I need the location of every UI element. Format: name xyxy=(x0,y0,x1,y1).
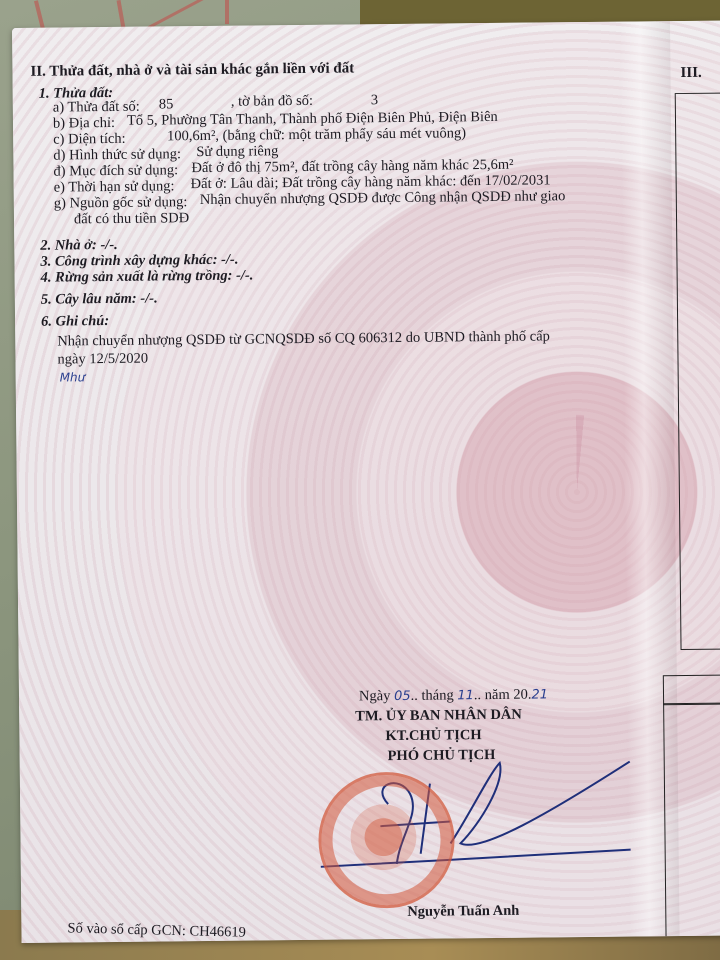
perennial-trees-item: 5. Cây lâu năm: -/-. xyxy=(41,290,158,308)
section-title: II. Thửa đất, nhà ở và tài sản khác gắn … xyxy=(30,60,354,80)
land-certificate-page: II. Thửa đất, nhà ở và tài sản khác gắn … xyxy=(12,20,720,943)
next-section-title: III. xyxy=(680,65,701,82)
notes-heading: 6. Ghi chú: xyxy=(41,313,109,331)
map-sheet-label: , tờ bản đồ số: xyxy=(231,93,313,111)
notes-line2: ngày 12/5/2020 xyxy=(57,351,148,369)
date-month: 11 xyxy=(457,688,474,703)
production-forest-item: 4. Rừng sản xuất là rừng trồng: -/-. xyxy=(41,267,254,286)
address-label: b) Địa chỉ: xyxy=(53,115,115,133)
date-prefix: Ngày xyxy=(359,688,391,704)
map-sheet-value: 3 xyxy=(371,92,378,109)
area-label: c) Diện tích: xyxy=(53,131,126,149)
section-III-table-body xyxy=(663,702,720,943)
org-line: TM. ỦY BAN NHÂN DÂN xyxy=(355,707,522,726)
origin-value-line2: đất có thu tiền SDĐ xyxy=(74,210,189,228)
seal-emblem xyxy=(350,804,417,871)
date-year-label: năm 20. xyxy=(485,687,532,703)
date-month-label: tháng xyxy=(421,687,453,703)
date-day: 05 xyxy=(394,689,411,704)
notes-initials-signature: Mhư xyxy=(60,369,86,386)
registry-number: Số vào sổ cấp GCN: CH46619 xyxy=(67,920,246,941)
notes-line1: Nhận chuyển nhượng QSDĐ từ GCNQSDĐ số CQ… xyxy=(57,328,550,350)
section-III-table-row xyxy=(663,674,720,705)
origin-value-line1: Nhận chuyển nhượng QSDĐ được Công nhận Q… xyxy=(200,188,566,209)
date-year-suffix: 21 xyxy=(531,687,548,702)
issue-date: Ngày 05.. tháng 11.. năm 20.21 xyxy=(359,686,548,705)
section-III-frame xyxy=(675,92,720,650)
area-value: 100,6m², (bằng chữ: một trăm phẩy sáu mé… xyxy=(167,125,466,145)
plot-number-value: 85 xyxy=(159,96,174,113)
background-stripe xyxy=(225,0,229,24)
signer-name: Nguyễn Tuấn Anh xyxy=(407,903,519,921)
